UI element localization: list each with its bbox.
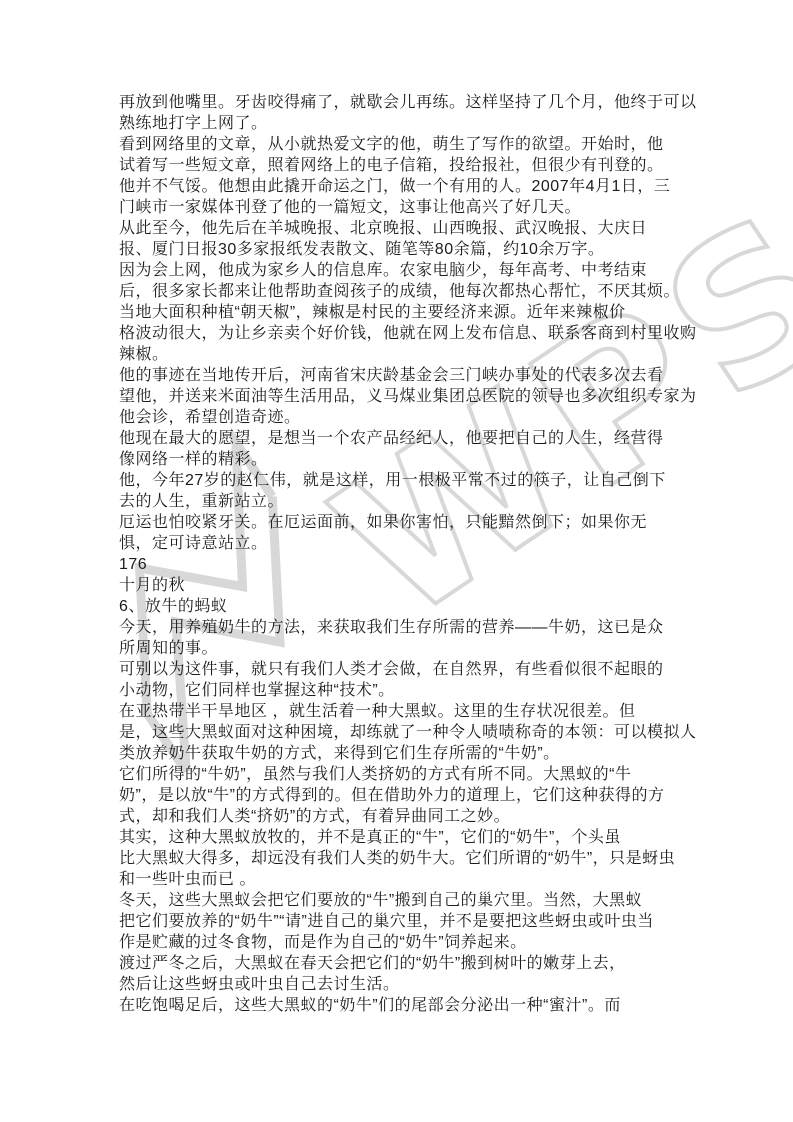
text-line: 今天，用养殖奶牛的方法，来获取我们生存所需的营养——牛奶，这已是众	[119, 617, 689, 638]
document-page: WPS 再放到他嘴里。牙齿咬得痛了，就歇会儿再练。这样坚持了几个月，他终于可以熟…	[0, 0, 793, 1122]
text-line: 去的人生，重新站立。	[119, 491, 689, 512]
text-line: 类放养奶牛获取牛奶的方式，来得到它们生存所需的“牛奶”。	[119, 743, 689, 764]
text-line: 格波动很大，为让乡亲卖个好价钱，他就在网上发布信息、联系客商到村里收购	[119, 323, 689, 344]
text-line: 再放到他嘴里。牙齿咬得痛了，就歇会儿再练。这样坚持了几个月，他终于可以	[119, 92, 689, 113]
text-line: 从此至今，他先后在羊城晚报、北京晚报、山西晚报、武汉晚报、大庆日	[119, 218, 689, 239]
document-text: 再放到他嘴里。牙齿咬得痛了，就歇会儿再练。这样坚持了几个月，他终于可以熟练地打字…	[119, 92, 689, 1016]
text-line: 他，今年27岁的赵仁伟，就是这样，用一根极平常不过的筷子，让自己倒下	[119, 470, 689, 491]
text-line: 奶”，是以放“牛”的方式得到的。但在借助外力的道理上，它们这种获得的方	[119, 785, 689, 806]
text-line: 在吃饱喝足后，这些大黑蚁的“奶牛”们的尾部会分泌出一种“蜜汁”。而	[119, 995, 689, 1016]
text-line: 看到网络里的文章，从小就热爱文字的他，萌生了写作的欲望。开始时，他	[119, 134, 689, 155]
text-line: 是，这些大黑蚁面对这种困境，却练就了一种令人啧啧称奇的本领：可以模拟人	[119, 722, 689, 743]
text-line: 后，很多家长都来让他帮助查阅孩子的成绩，他每次都热心帮忙，不厌其烦。	[119, 281, 689, 302]
text-line: 所周知的事。	[119, 638, 689, 659]
text-line: 厄运也怕咬紧牙关。在厄运面前，如果你害怕，只能黯然倒下；如果你无	[119, 512, 689, 533]
text-line: 辣椒。	[119, 344, 689, 365]
text-line: 渡过严冬之后，大黑蚁在春天会把它们的“奶牛”搬到树叶的嫩芽上去，	[119, 953, 689, 974]
text-line: 比大黑蚁大得多，却远没有我们人类的奶牛大。它们所谓的“奶牛”，只是蚜虫	[119, 848, 689, 869]
text-line: 熟练地打字上网了。	[119, 113, 689, 134]
text-line: 他会诊，希望创造奇迹。	[119, 407, 689, 428]
text-line: 他并不气馁。他想由此撬开命运之门，做一个有用的人。2007年4月1日，三	[119, 176, 689, 197]
text-line: 十月的秋	[119, 575, 689, 596]
text-line: 望他，并送来米面油等生活用品，义马煤业集团总医院的领导也多次组织专家为	[119, 386, 689, 407]
text-line: 176	[119, 554, 689, 575]
text-line: 他现在最大的愿望，是想当一个农产品经纪人，他要把自己的人生，经营得	[119, 428, 689, 449]
text-line: 试着写一些短文章，照着网络上的电子信箱，投给报社，但很少有刊登的。	[119, 155, 689, 176]
text-line: 当地大面积种植“朝天椒”，辣椒是村民的主要经济来源。近年来辣椒价	[119, 302, 689, 323]
text-line: 式，却和我们人类“挤奶”的方式，有着异曲同工之妙。	[119, 806, 689, 827]
text-line: 6、放牛的蚂蚁	[119, 596, 689, 617]
text-line: 作是贮藏的过冬食物，而是作为自己的“奶牛”饲养起来。	[119, 932, 689, 953]
text-line: 小动物，它们同样也掌握这种“技术”。	[119, 680, 689, 701]
text-line: 在亚热带半干旱地区 ，就生活着一种大黑蚁。这里的生存状况很差。但	[119, 701, 689, 722]
text-line: 他的事迹在当地传开后，河南省宋庆龄基金会三门峡办事处的代表多次去看	[119, 365, 689, 386]
text-line: 惧，定可诗意站立。	[119, 533, 689, 554]
text-line: 然后让这些蚜虫或叶虫自己去讨生活。	[119, 974, 689, 995]
text-line: 其实，这种大黑蚁放牧的，并不是真正的“牛”，它们的“奶牛”，个头虽	[119, 827, 689, 848]
text-line: 像网络一样的精彩。	[119, 449, 689, 470]
text-line: 和一些叶虫而已 。	[119, 869, 689, 890]
text-line: 报、厦门日报30多家报纸发表散文、随笔等80余篇，约10余万字。	[119, 239, 689, 260]
text-line: 它们所得的“牛奶”，虽然与我们人类挤奶的方式有所不同。大黑蚁的“牛	[119, 764, 689, 785]
text-line: 因为会上网，他成为家乡人的信息库。农家电脑少，每年高考、中考结束	[119, 260, 689, 281]
text-line: 冬天，这些大黑蚁会把它们要放的“牛”搬到自己的巢穴里。当然，大黑蚁	[119, 890, 689, 911]
text-line: 可别以为这件事，就只有我们人类才会做，在自然界，有些看似很不起眼的	[119, 659, 689, 680]
text-line: 把它们要放养的“奶牛”“请”进自己的巢穴里，并不是要把这些蚜虫或叶虫当	[119, 911, 689, 932]
text-line: 门峡市一家媒体刊登了他的一篇短文，这事让他高兴了好几天。	[119, 197, 689, 218]
